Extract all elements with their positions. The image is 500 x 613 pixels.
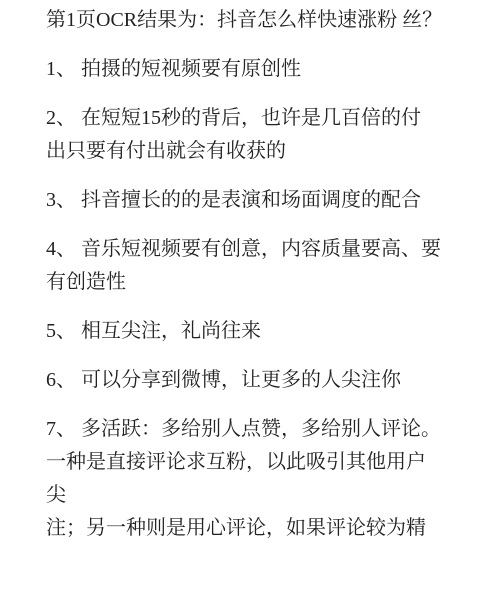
ocr-result-page: 第1页OCR结果为：抖音怎么样快速涨粉 丝？ 1、 拍摄的短视频要有原创性 2、… <box>0 0 500 613</box>
document-content: 第1页OCR结果为：抖音怎么样快速涨粉 丝？ 1、 拍摄的短视频要有原创性 2、… <box>0 0 500 545</box>
paragraph-item-3: 3、 抖音擅长的的是表演和场面调度的配合 <box>46 184 462 217</box>
text-line: 7、 多活跃：多给别人点赞，多给别人评论。 <box>46 413 462 446</box>
title-paragraph: 第1页OCR结果为：抖音怎么样快速涨粉 丝？ <box>46 4 462 37</box>
text-line: 注；另一种则是用心评论，如果评论较为精 <box>46 512 462 545</box>
paragraph-item-1: 1、 拍摄的短视频要有原创性 <box>46 53 462 86</box>
text-line: 5、 相互尖注，礼尚往来 <box>46 315 462 348</box>
paragraph-item-2: 2、 在短短15秒的背后，也许是几百倍的付 出只要有付出就会有收获的 <box>46 102 462 168</box>
paragraph-item-5: 5、 相互尖注，礼尚往来 <box>46 315 462 348</box>
text-line: 尖 <box>46 479 462 512</box>
page-title: 第1页OCR结果为：抖音怎么样快速涨粉 丝？ <box>46 4 462 37</box>
text-line: 1、 拍摄的短视频要有原创性 <box>46 53 462 86</box>
text-line: 有创造性 <box>46 266 462 299</box>
text-line: 一种是直接评论求互粉，以此吸引其他用户 <box>46 446 462 479</box>
text-line: 2、 在短短15秒的背后，也许是几百倍的付 <box>46 102 462 135</box>
text-line: 4、 音乐短视频要有创意，内容质量要高、要 <box>46 233 462 266</box>
paragraph-item-6: 6、 可以分享到微博，让更多的人尖注你 <box>46 364 462 397</box>
paragraph-item-4: 4、 音乐短视频要有创意，内容质量要高、要 有创造性 <box>46 233 462 299</box>
text-line: 6、 可以分享到微博，让更多的人尖注你 <box>46 364 462 397</box>
text-line: 出只要有付出就会有收获的 <box>46 135 462 168</box>
paragraph-item-7: 7、 多活跃：多给别人点赞，多给别人评论。 一种是直接评论求互粉，以此吸引其他用… <box>46 413 462 545</box>
text-line: 3、 抖音擅长的的是表演和场面调度的配合 <box>46 184 462 217</box>
